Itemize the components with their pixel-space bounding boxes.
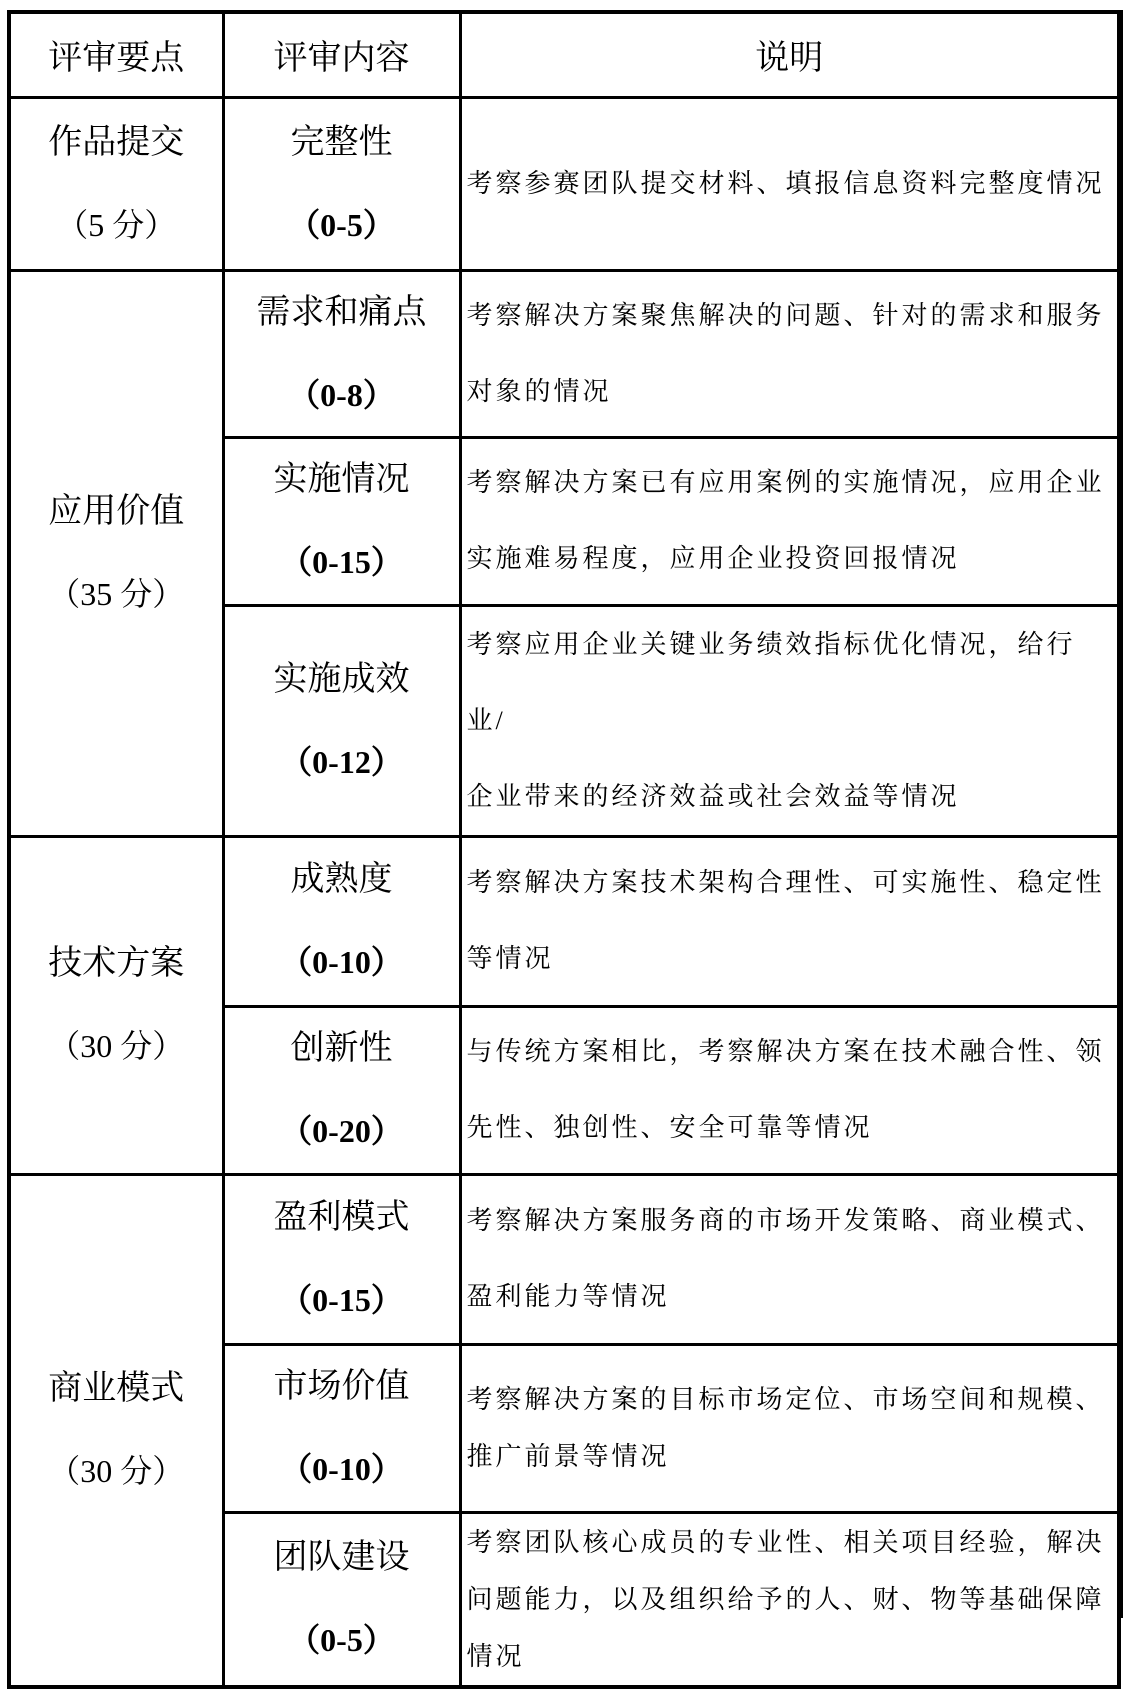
description-cell: 与传统方案相比，考察解决方案在技术融合性、领 先性、独创性、安全可靠等情况 [460,1006,1119,1174]
category-cell-business-model: 商业模式 （30 分） [9,1174,223,1687]
criterion-cell-completeness: 完整性 （0-5） [223,97,460,270]
description-cell: 考察解决方案的目标市场定位、市场空间和规模、 推广前景等情况 [460,1344,1119,1512]
category-name: 应用价值 [48,494,184,530]
description-cell: 考察参赛团队提交材料、填报信息资料完整度情况 [460,97,1119,270]
description-cell: 考察解决方案已有应用案例的实施情况，应用企业 实施难易程度，应用企业投资回报情况 [460,437,1119,605]
description-text: 考察应用企业关键业务绩效指标优化情况，给行业/ 企业带来的经济效益或社会效益等情… [467,607,1113,835]
criterion-name: 成熟度 [291,862,393,898]
description-text: 考察解决方案聚焦解决的问题、针对的需求和服务 对象的情况 [467,278,1113,430]
criterion-cell-implementation-results: 实施成效 （0-12） [223,605,460,836]
column-header-review-points: 评审要点 [9,12,223,97]
category-score: （35 分） [48,578,184,612]
scan-edge-rule [1121,10,1123,1618]
criterion-name: 市场价值 [274,1369,410,1405]
criterion-score: （0-5） [288,1624,395,1658]
table-row: 作品提交 （5 分） 完整性 （0-5） 考察参赛团队提交材料、填报信息资料完整… [9,97,1119,270]
criterion-name: 团队建设 [274,1540,410,1576]
category-cell-submission: 作品提交 （5 分） [9,97,223,270]
criterion-name: 实施成效 [274,662,410,698]
criterion-cell-maturity: 成熟度 （0-10） [223,836,460,1006]
criterion-score: （0-15） [280,1284,403,1318]
description-cell: 考察解决方案服务商的市场开发策略、商业模式、 盈利能力等情况 [460,1174,1119,1344]
criterion-score: （0-20） [280,1115,403,1149]
description-cell: 考察应用企业关键业务绩效指标优化情况，给行业/ 企业带来的经济效益或社会效益等情… [460,605,1119,836]
category-score: （30 分） [48,1030,184,1064]
category-score: （30 分） [48,1455,184,1489]
category-score: （5 分） [56,209,176,243]
criterion-name: 创新性 [291,1031,393,1067]
criterion-name: 盈利模式 [274,1200,410,1236]
criterion-score: （0-12） [280,746,403,780]
description-cell: 考察团队核心成员的专业性、相关项目经验，解决 问题能力，以及组织给予的人、财、物… [460,1512,1119,1687]
category-name: 技术方案 [48,946,184,982]
category-cell-application-value: 应用价值 （35 分） [9,270,223,836]
description-text: 与传统方案相比，考察解决方案在技术融合性、领 先性、独创性、安全可靠等情况 [467,1014,1113,1166]
description-text: 考察参赛团队提交材料、填报信息资料完整度情况 [467,146,1113,222]
category-cell-technical-solution: 技术方案 （30 分） [9,836,223,1174]
description-cell: 考察解决方案聚焦解决的问题、针对的需求和服务 对象的情况 [460,270,1119,437]
description-text: 考察解决方案已有应用案例的实施情况，应用企业 实施难易程度，应用企业投资回报情况 [467,445,1113,597]
criterion-cell-profit-model: 盈利模式 （0-15） [223,1174,460,1344]
criterion-cell-implementation-status: 实施情况 （0-15） [223,437,460,605]
column-header-review-content: 评审内容 [223,12,460,97]
criterion-score: （0-10） [280,946,403,980]
criterion-score: （0-5） [288,209,395,243]
description-cell: 考察解决方案技术架构合理性、可实施性、稳定性 等情况 [460,836,1119,1006]
criterion-name: 实施情况 [274,462,410,498]
description-text: 考察解决方案的目标市场定位、市场空间和规模、 推广前景等情况 [467,1371,1113,1485]
description-text: 考察解决方案服务商的市场开发策略、商业模式、 盈利能力等情况 [467,1183,1113,1335]
description-text: 考察解决方案技术架构合理性、可实施性、稳定性 等情况 [467,845,1113,997]
category-name: 作品提交 [48,125,184,161]
description-text: 考察团队核心成员的专业性、相关项目经验，解决 问题能力，以及组织给予的人、财、物… [467,1514,1113,1685]
header-row: 评审要点 评审内容 说明 [9,12,1119,97]
column-header-description: 说明 [460,12,1119,97]
criterion-score: （0-8） [288,379,395,413]
table-row: 技术方案 （30 分） 成熟度 （0-10） 考察解决方案技术架构合理性、可实施… [9,836,1119,1006]
criterion-name: 完整性 [291,125,393,161]
criterion-cell-needs-painpoints: 需求和痛点 （0-8） [223,270,460,437]
table-row: 商业模式 （30 分） 盈利模式 （0-15） 考察解决方案服务商的市场开发策略… [9,1174,1119,1344]
criterion-score: （0-15） [280,546,403,580]
criterion-score: （0-10） [280,1453,403,1487]
criterion-name: 需求和痛点 [257,295,427,331]
criterion-cell-innovation: 创新性 （0-20） [223,1006,460,1174]
criterion-cell-market-value: 市场价值 （0-10） [223,1344,460,1512]
document-page: 评审要点 评审内容 说明 作品提交 （5 分） 完整性 （0-5） 考察参赛团队… [0,0,1128,1621]
criterion-cell-team-building: 团队建设 （0-5） [223,1512,460,1687]
table-row: 应用价值 （35 分） 需求和痛点 （0-8） 考察解决方案聚焦解决的问题、针对… [9,270,1119,437]
review-criteria-table: 评审要点 评审内容 说明 作品提交 （5 分） 完整性 （0-5） 考察参赛团队… [7,10,1121,1689]
category-name: 商业模式 [48,1371,184,1407]
